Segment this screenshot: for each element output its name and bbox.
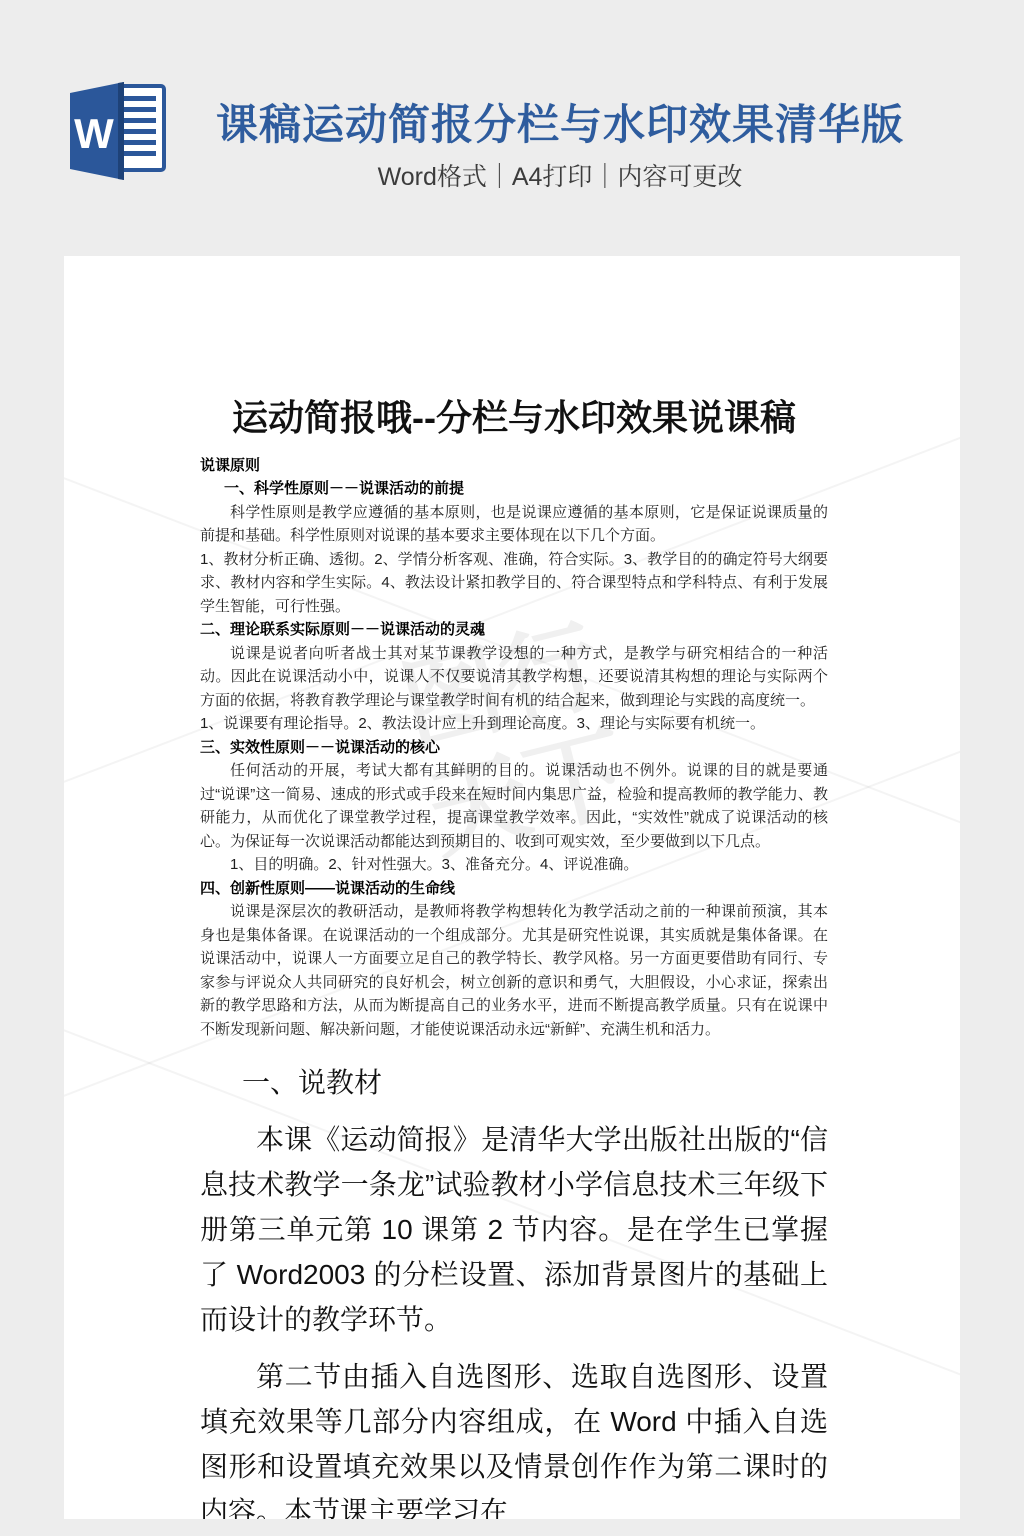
- paragraph: 说课是深层次的教研活动，是教师将教学构想转化为教学活动之前的一种课前预演，其本身…: [200, 900, 828, 1041]
- numbered-list-line: 1、目的明确。2、针对性强大。3、准备充分。4、评说准确。: [200, 853, 828, 877]
- paragraph: 任何活动的开展，考试大都有其鲜明的目的。说课活动也不例外。说课的目的就是要通过“…: [200, 759, 828, 853]
- section-heading-4: 四、创新性原则——说课活动的生命线: [200, 877, 828, 901]
- paragraph: 科学性原则是教学应遵循的基本原则，也是说课应遵循的基本原则，它是保证说课质量的前…: [200, 501, 828, 548]
- word-logo: W: [60, 78, 172, 184]
- section-heading-2: 二、理论联系实际原则－－说课活动的灵魂: [200, 618, 828, 642]
- chapter-paragraph: 第二节由插入自选图形、选取自选图形、设置填充效果等几部分内容组成，在 Word …: [200, 1354, 828, 1519]
- section-heading-1: 一、科学性原则－－说课活动的前提: [200, 477, 828, 501]
- chapter-paragraph: 本课《运动简报》是清华大学出版社出版的“信息技术教学一条龙”试验教材小学信息技术…: [200, 1117, 828, 1342]
- section-label: 说课原则: [200, 454, 828, 478]
- section-heading-3: 三、实效性原则－－说课活动的核心: [200, 736, 828, 760]
- chapter-heading: 一、说教材: [200, 1061, 828, 1105]
- numbered-list-line: 1、说课要有理论指导。2、教法设计应上升到理论高度。3、理论与实际要有机统一。: [200, 712, 828, 736]
- word-logo-icon: W: [60, 78, 172, 184]
- document-title: 运动简报哦--分栏与水印效果说课稿: [200, 398, 828, 438]
- page-title: 课稿运动简报分栏与水印效果清华版: [216, 92, 904, 152]
- document-page: 图行天下 运动简报哦--分栏与水印效果说课稿 说课原则 一、科学性原则－－说课活…: [64, 256, 960, 1519]
- page-subtitle: Word格式｜A4打印｜内容可更改: [378, 157, 743, 193]
- numbered-list-line: 1、教材分析正确、透彻。2、学情分析客观、准确，符合实际。3、教学目的的确定符号…: [200, 548, 828, 619]
- paragraph: 说课是说者向听者战士其对某节课教学设想的一种方式，是教学与研究相结合的一种活动。…: [200, 642, 828, 713]
- word-logo-letter: W: [74, 110, 114, 157]
